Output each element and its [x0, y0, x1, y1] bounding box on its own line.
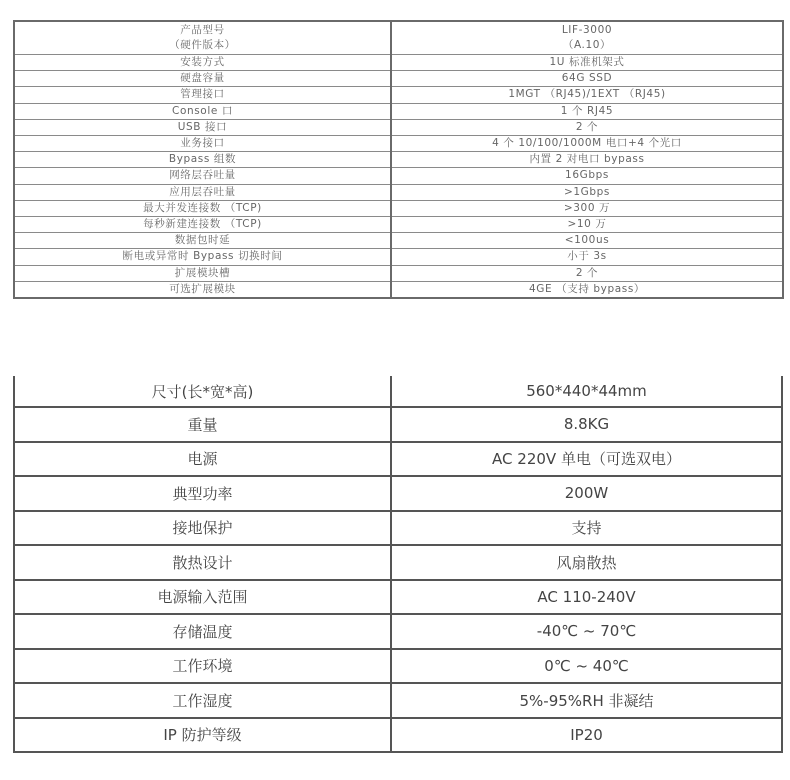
- table-row: 工作湿度5%-95%RH 非凝结: [14, 683, 782, 718]
- spec-label: 产品型号 （硬件版本）: [14, 21, 391, 55]
- spec-value: 8.8KG: [391, 407, 782, 442]
- spec-label-line: （硬件版本）: [15, 38, 390, 53]
- spec-label: Console 口: [14, 103, 391, 119]
- spec-value: >10 万: [391, 217, 783, 233]
- spec-label: 管理接口: [14, 87, 391, 103]
- table-row: 存储温度-40℃ ~ 70℃: [14, 614, 782, 649]
- spec-value: <100us: [391, 233, 783, 249]
- table-row: 硬盘容量64G SSD: [14, 71, 783, 87]
- spec-value-line: （A.10）: [392, 38, 782, 53]
- spec-label: 散热设计: [14, 545, 391, 580]
- spec-label: USB 接口: [14, 119, 391, 135]
- spec-label: 尺寸(长*宽*高): [14, 376, 391, 407]
- spec-label: 扩展模块槽: [14, 265, 391, 281]
- spec-value: >300 万: [391, 200, 783, 216]
- table-row: 数据包时延<100us: [14, 233, 783, 249]
- table-row: 安装方式1U 标准机架式: [14, 55, 783, 71]
- spec-value-line: LIF-3000: [392, 23, 782, 38]
- spec-value: AC 220V 单电（可选双电）: [391, 442, 782, 477]
- spec-label: 电源输入范围: [14, 580, 391, 615]
- table-row: 可选扩展模块4GE （支持 bypass）: [14, 281, 783, 298]
- table-row: 典型功率200W: [14, 476, 782, 511]
- spec-value: 200W: [391, 476, 782, 511]
- table-row: 扩展模块槽2 个: [14, 265, 783, 281]
- table-row: 散热设计风扇散热: [14, 545, 782, 580]
- table-row: 管理接口1MGT （RJ45)/1EXT （RJ45): [14, 87, 783, 103]
- spec-value: -40℃ ~ 70℃: [391, 614, 782, 649]
- physical-spec-table: 尺寸(长*宽*高)560*440*44mm 重量8.8KG 电源AC 220V …: [13, 376, 783, 753]
- table-row: Console 口1 个 RJ45: [14, 103, 783, 119]
- table-row: 电源AC 220V 单电（可选双电）: [14, 442, 782, 477]
- spec-label: 最大并发连接数 （TCP): [14, 200, 391, 216]
- table-row: 产品型号 （硬件版本） LIF-3000 （A.10）: [14, 21, 783, 55]
- spec-label: 业务接口: [14, 136, 391, 152]
- table-row: 断电或异常时 Bypass 切换时间小于 3s: [14, 249, 783, 265]
- spec-value: 1MGT （RJ45)/1EXT （RJ45): [391, 87, 783, 103]
- spec-label: 可选扩展模块: [14, 281, 391, 298]
- spec-value: 4 个 10/100/1000M 电口+4 个光口: [391, 136, 783, 152]
- spec-value: 1U 标准机架式: [391, 55, 783, 71]
- table-row: 应用层吞吐量>1Gbps: [14, 184, 783, 200]
- spec-label: 数据包时延: [14, 233, 391, 249]
- spec-label: 网络层吞吐量: [14, 168, 391, 184]
- spec-label: IP 防护等级: [14, 718, 391, 753]
- spec-label: 接地保护: [14, 511, 391, 546]
- spec-label: 存储温度: [14, 614, 391, 649]
- table-row: 电源输入范围AC 110-240V: [14, 580, 782, 615]
- spec-label: 电源: [14, 442, 391, 477]
- table-row: 每秒新建连接数 （TCP)>10 万: [14, 217, 783, 233]
- spec-label: 安装方式: [14, 55, 391, 71]
- spec-label: 典型功率: [14, 476, 391, 511]
- table-row: Bypass 组数内置 2 对电口 bypass: [14, 152, 783, 168]
- table-row: 接地保护支持: [14, 511, 782, 546]
- spec-value: 小于 3s: [391, 249, 783, 265]
- spec-value: 风扇散热: [391, 545, 782, 580]
- spec-value: 内置 2 对电口 bypass: [391, 152, 783, 168]
- spec-label: 硬盘容量: [14, 71, 391, 87]
- spec-value: 2 个: [391, 119, 783, 135]
- spec-label: 每秒新建连接数 （TCP): [14, 217, 391, 233]
- table-row: 重量8.8KG: [14, 407, 782, 442]
- spec-label: 工作湿度: [14, 683, 391, 718]
- spec-label: Bypass 组数: [14, 152, 391, 168]
- table-row: USB 接口2 个: [14, 119, 783, 135]
- spec-label: 断电或异常时 Bypass 切换时间: [14, 249, 391, 265]
- spec-value: 0℃ ~ 40℃: [391, 649, 782, 684]
- hardware-spec-table: 产品型号 （硬件版本） LIF-3000 （A.10） 安装方式1U 标准机架式…: [13, 20, 784, 299]
- table-row: 最大并发连接数 （TCP)>300 万: [14, 200, 783, 216]
- table-row: 尺寸(长*宽*高)560*440*44mm: [14, 376, 782, 407]
- spec-label: 工作环境: [14, 649, 391, 684]
- spec-value: 64G SSD: [391, 71, 783, 87]
- spec-value: 支持: [391, 511, 782, 546]
- table-row: IP 防护等级IP20: [14, 718, 782, 753]
- spec-value: IP20: [391, 718, 782, 753]
- spec-value: 1 个 RJ45: [391, 103, 783, 119]
- spec-label: 应用层吞吐量: [14, 184, 391, 200]
- spec-label-line: 产品型号: [15, 23, 390, 38]
- spec-value: LIF-3000 （A.10）: [391, 21, 783, 55]
- spec-value: >1Gbps: [391, 184, 783, 200]
- spec-value: AC 110-240V: [391, 580, 782, 615]
- spec-value: 2 个: [391, 265, 783, 281]
- spec-value: 5%-95%RH 非凝结: [391, 683, 782, 718]
- spec-label: 重量: [14, 407, 391, 442]
- spec-value: 560*440*44mm: [391, 376, 782, 407]
- spec-value: 4GE （支持 bypass）: [391, 281, 783, 298]
- table-row: 业务接口4 个 10/100/1000M 电口+4 个光口: [14, 136, 783, 152]
- table-row: 工作环境0℃ ~ 40℃: [14, 649, 782, 684]
- table-row: 网络层吞吐量16Gbps: [14, 168, 783, 184]
- spec-value: 16Gbps: [391, 168, 783, 184]
